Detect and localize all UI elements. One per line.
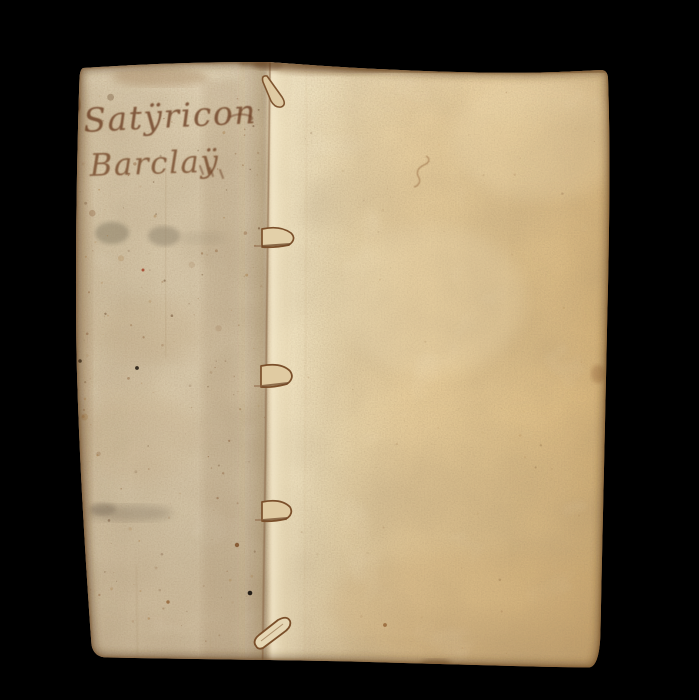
foxing-speckle: [90, 378, 91, 379]
foxing-speckle: [188, 303, 190, 305]
foxing-speckle: [520, 157, 521, 158]
foxing-speckle: [514, 174, 516, 176]
foxing-speckle: [444, 291, 445, 292]
foxing-speckle: [231, 310, 232, 311]
rust-dot: [383, 623, 387, 627]
foxing-speckle: [238, 324, 240, 326]
foxing-speckle: [296, 158, 297, 159]
foxing-speckle: [148, 617, 150, 619]
foxing-speckle: [206, 254, 208, 256]
foxing-speckle: [244, 134, 245, 135]
foxing-speckle: [104, 316, 105, 317]
foxing-speckle: [147, 445, 149, 447]
foxing-speckle: [360, 615, 363, 618]
foxing-speckle: [226, 189, 227, 190]
foxing-speckle: [141, 287, 142, 288]
foxing-speckle: [173, 341, 174, 342]
foxing-speckle: [511, 254, 513, 256]
foxing-speckle: [211, 467, 213, 469]
foxing-speckle: [141, 383, 142, 384]
foxing-speckle: [130, 324, 132, 326]
foxing-speckle: [379, 279, 381, 281]
foxing-speckle: [107, 235, 108, 236]
foxing-speckle: [108, 519, 111, 522]
foxing-speckle: [225, 360, 227, 362]
foxing-speckle: [159, 589, 162, 592]
foxing-speckle: [123, 207, 124, 208]
foxing-speckle: [84, 398, 87, 401]
ink-dot: [135, 366, 139, 370]
foxing-speckle: [375, 447, 376, 448]
gray-stain-streak: [178, 232, 226, 244]
shade-patch: [80, 390, 200, 480]
foxing-speckle: [89, 210, 96, 217]
foxing-speckle: [578, 515, 580, 517]
foxing-speckle: [231, 644, 232, 645]
foxing-speckle: [201, 252, 203, 254]
foxing-speckle: [461, 567, 463, 569]
foxing-speckle: [468, 134, 469, 135]
rust-dot: [166, 600, 169, 603]
foxing-speckle: [408, 525, 409, 526]
edge-curl-mark: [65, 94, 79, 121]
foxing-speckle: [120, 488, 122, 490]
foxing-speckle: [134, 470, 137, 473]
foxing-speckle: [257, 160, 258, 161]
foxing-speckle: [155, 213, 157, 215]
foxing-speckle: [132, 620, 135, 623]
foxing-speckle: [216, 497, 218, 499]
foxing-speckle: [161, 281, 163, 283]
foxing-speckle: [211, 539, 213, 541]
foxing-speckle: [307, 376, 309, 378]
foxing-speckle: [382, 209, 385, 212]
foxing-speckle: [563, 307, 565, 309]
shade-patch: [330, 550, 630, 660]
foxing-speckle: [232, 601, 234, 603]
foxing-speckle: [482, 432, 484, 434]
foxing-speckle: [378, 231, 380, 233]
foxing-speckle: [215, 325, 221, 331]
foxing-speckle: [118, 255, 124, 261]
foxing-speckle: [523, 411, 525, 413]
foxing-speckle: [257, 405, 259, 407]
gray-stain-left: [95, 222, 129, 244]
foxing-speckle: [148, 468, 150, 470]
foxing-speckle: [88, 291, 90, 293]
foxing-speckle: [307, 277, 308, 278]
foxing-speckle: [218, 634, 220, 636]
foxing-speckle: [573, 283, 574, 284]
foxing-speckle: [189, 262, 195, 268]
foxing-speckle: [198, 298, 199, 299]
foxing-speckle: [99, 615, 100, 616]
foxing-speckle: [170, 503, 171, 504]
foxing-speckle: [249, 461, 250, 462]
foxing-speckle: [98, 594, 100, 596]
foxing-speckle: [104, 313, 106, 315]
foxing-speckle: [543, 478, 544, 479]
foxing-speckle: [352, 389, 354, 391]
foxing-speckle: [594, 141, 595, 142]
foxing-speckle: [181, 625, 182, 626]
foxing-speckle: [341, 170, 343, 172]
inscription-line-2: Barclaÿ: [88, 143, 220, 184]
foxing-speckle: [254, 550, 256, 552]
ink-dot: [248, 591, 253, 596]
foxing-speckle: [214, 367, 215, 368]
foxing-speckle: [506, 653, 507, 654]
foxing-speckle: [210, 371, 213, 374]
foxing-speckle: [363, 200, 364, 201]
foxing-speckle: [94, 241, 96, 243]
foxing-speckle: [222, 472, 224, 474]
foxing-speckle: [103, 334, 104, 335]
foxing-speckle: [396, 443, 398, 445]
foxing-speckle: [129, 527, 133, 531]
foxing-speckle: [390, 197, 391, 198]
foxing-speckle: [82, 162, 85, 165]
foxing-speckle: [189, 384, 192, 387]
foxing-speckle: [421, 616, 423, 618]
foxing-speckle: [358, 206, 359, 207]
foxing-speckle: [139, 185, 141, 187]
foxing-speckle: [185, 433, 186, 434]
foxing-speckle: [148, 253, 149, 254]
foxing-speckle: [524, 456, 526, 458]
foxing-speckle: [443, 231, 445, 233]
foxing-speckle: [84, 340, 85, 341]
foxing-speckle: [499, 578, 502, 581]
foxing-speckle: [437, 427, 439, 429]
foxing-speckle: [182, 186, 183, 187]
foxing-speckle: [424, 341, 426, 343]
gray-stain-right: [148, 226, 180, 246]
foxing-speckle: [246, 596, 248, 598]
foxing-speckle: [577, 556, 578, 557]
foxing-speckle: [319, 245, 321, 247]
foxing-speckle: [501, 408, 502, 409]
foxing-speckle: [246, 255, 247, 256]
foxing-speckle: [402, 399, 404, 401]
foxing-speckle: [86, 354, 89, 357]
foxing-speckle: [235, 153, 237, 155]
foxing-speckle: [458, 408, 459, 409]
foxing-speckle: [138, 540, 140, 542]
foxing-speckle: [251, 575, 254, 578]
foxing-speckle: [242, 164, 244, 166]
foxing-speckle: [110, 587, 113, 590]
foxing-speckle: [581, 362, 582, 363]
foxing-speckle: [90, 424, 91, 425]
foxing-speckle: [154, 215, 157, 218]
foxing-speckle: [148, 614, 149, 615]
foxing-speckle: [300, 568, 301, 569]
foxing-speckle: [142, 336, 144, 338]
foxing-speckle: [519, 434, 522, 437]
foxing-speckle: [375, 467, 377, 469]
foxing-speckle: [462, 647, 464, 649]
foxing-speckle: [390, 267, 391, 268]
foxing-speckle: [162, 608, 164, 610]
foxing-speckle: [96, 454, 98, 456]
foxing-speckle: [84, 381, 86, 383]
photo-stage: Satÿricon Barclaÿ: [0, 0, 699, 700]
foxing-speckle: [233, 394, 234, 395]
foxing-speckle: [83, 409, 85, 411]
foxing-speckle: [220, 292, 221, 293]
foxing-speckle: [223, 217, 225, 219]
foxing-speckle: [161, 553, 164, 556]
foxing-speckle: [82, 415, 85, 418]
light-patch: [335, 225, 525, 375]
light-patch: [450, 80, 630, 200]
foxing-speckle: [99, 96, 100, 97]
foxing-speckle: [506, 92, 508, 94]
foxing-speckle: [378, 416, 379, 417]
foxing-speckle: [107, 315, 109, 317]
foxing-speckle: [561, 193, 563, 195]
foxing-speckle: [98, 189, 100, 191]
foxing-speckle: [215, 249, 218, 252]
foxing-speckle: [229, 579, 232, 582]
foxing-speckle: [405, 161, 406, 162]
foxing-speckle: [228, 440, 230, 442]
foxing-speckle: [139, 590, 141, 592]
foxing-speckle: [378, 357, 379, 358]
foxing-speckle: [221, 597, 222, 598]
foxing-speckle: [213, 510, 214, 511]
foxing-speckle: [155, 567, 158, 570]
foxing-speckle: [84, 202, 87, 205]
foxing-speckle: [234, 376, 235, 377]
foxing-speckle: [253, 267, 254, 268]
foxing-speckle: [92, 250, 93, 251]
foxing-speckle: [207, 386, 208, 387]
foxing-speckle: [149, 269, 151, 271]
foxing-speckle: [191, 407, 192, 408]
rust-dot: [235, 543, 239, 547]
foxing-speckle: [245, 274, 248, 277]
foxing-speckle: [153, 392, 154, 393]
foxing-speckle: [171, 314, 174, 317]
foxing-speckle: [133, 584, 134, 585]
foxing-speckle: [305, 138, 306, 139]
foxing-speckle: [237, 391, 238, 392]
foxing-speckle: [501, 610, 503, 612]
foxing-speckle: [256, 174, 258, 176]
foxing-speckle: [540, 444, 542, 446]
foxing-speckle: [258, 109, 260, 111]
foxing-speckle: [575, 128, 577, 130]
foxing-speckle: [253, 348, 254, 349]
foxing-speckle: [86, 332, 89, 335]
foxing-speckle: [366, 552, 368, 554]
foxing-speckle: [364, 469, 365, 470]
foxing-speckle: [113, 572, 114, 573]
foxing-speckle: [316, 553, 318, 555]
foxing-speckle: [386, 78, 387, 79]
foxing-speckle: [127, 377, 130, 380]
foxing-speckle: [107, 506, 108, 507]
foxing-speckle: [161, 344, 164, 347]
foxing-speckle: [128, 250, 130, 252]
foxing-speckle: [243, 276, 245, 278]
foxing-speckle: [237, 502, 239, 504]
foxing-speckle: [310, 132, 312, 134]
foxing-speckle: [403, 420, 405, 422]
foxing-speckle: [164, 280, 166, 282]
book-cover: Satÿricon Barclaÿ: [65, 55, 630, 675]
foxing-speckle: [104, 209, 105, 210]
foxing-speckle: [203, 585, 205, 587]
foxing-speckle: [85, 256, 87, 258]
foxing-speckle: [208, 456, 209, 457]
foxing-speckle: [301, 531, 303, 533]
foxing-speckle: [186, 611, 188, 613]
foxing-speckle: [216, 361, 217, 362]
foxing-speckle: [148, 300, 151, 303]
foxing-speckle: [535, 466, 537, 468]
foxing-speckle: [264, 417, 265, 418]
foxing-speckle: [165, 608, 166, 609]
shade-patch: [95, 300, 205, 360]
foxing-speckle: [111, 543, 112, 544]
foxing-speckle: [260, 285, 262, 287]
foxing-speckle: [205, 640, 206, 641]
foxing-speckle: [143, 451, 144, 452]
red-dot: [142, 269, 145, 272]
foxing-speckle: [168, 517, 170, 519]
foxing-speckle: [218, 464, 220, 466]
foxing-speckle: [239, 408, 241, 410]
foxing-speckle: [387, 188, 388, 189]
foxing-speckle: [201, 274, 203, 276]
foxing-speckle: [540, 83, 541, 84]
foxing-speckle: [226, 570, 228, 572]
bottom-left-smudge-dark: [90, 503, 116, 515]
foxing-speckle: [100, 343, 101, 344]
foxing-speckle: [194, 314, 195, 315]
foxing-speckle: [438, 144, 440, 146]
foxing-speckle: [349, 106, 350, 107]
foxing-speckle: [179, 493, 180, 494]
foxing-speckle: [484, 182, 485, 183]
foxing-speckle: [341, 275, 342, 276]
book-photo: Satÿricon Barclaÿ: [0, 0, 699, 700]
foxing-speckle: [551, 468, 553, 470]
foxing-speckle: [249, 169, 250, 170]
foxing-speckle: [258, 227, 260, 229]
top-soiling: [112, 68, 208, 86]
foxing-speckle: [244, 231, 248, 235]
foxing-speckle: [257, 152, 259, 154]
foxing-speckle: [231, 160, 232, 161]
foxing-speckle: [477, 512, 479, 514]
foxing-speckle: [482, 174, 484, 176]
foxing-speckle: [383, 527, 385, 529]
foxing-speckle: [101, 282, 103, 284]
foxing-speckle: [104, 571, 106, 573]
foxing-speckle: [116, 581, 117, 582]
